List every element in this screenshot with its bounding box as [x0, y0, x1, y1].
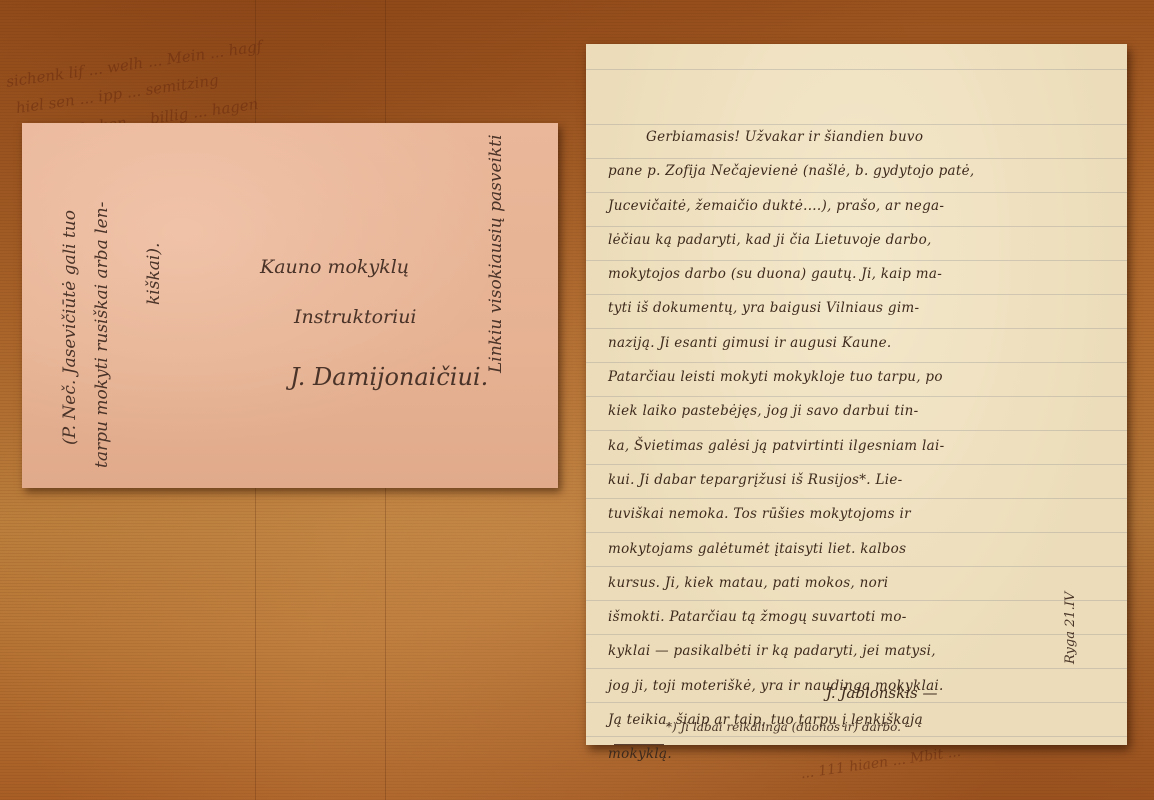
letter-line: tuviškai nemoka. Tos rūšies mokytojoms i…	[608, 497, 1028, 531]
letter: Gerbiamasis! Užvakar ir šiandien buvo pa…	[586, 44, 1127, 745]
envelope-recipient-name: J. Damijonaičiui.	[290, 363, 488, 391]
letter-footnote: *) Ji labai reikalinga (duonos ir) darbo…	[666, 720, 901, 734]
envelope-address-line2: Instruktoriui	[294, 306, 417, 328]
letter-line: kursus. Ji, kiek matau, pati mokos, nori	[608, 566, 1028, 600]
letter-line: lėčiau ką padaryti, kad ji čia Lietuvoje…	[608, 223, 1028, 257]
envelope-side-note-line1: (P. Neč. Jasevičiūtė gali tuo	[60, 210, 80, 445]
letter-signature: J. Jablonskis —	[826, 684, 937, 702]
envelope-right-note: Linkiu visokiausių pasveikti	[486, 134, 506, 373]
envelope-address-line1: Kauno mokyklų	[260, 256, 409, 278]
letter-line: Jucevičaitė, žemaičio duktė....), prašo,…	[608, 189, 1028, 223]
letter-line: mokytojams galėtumėt įtaisyti liet. kalb…	[608, 532, 1028, 566]
letter-line: ka, Švietimas galėsi ją patvirtinti ilge…	[608, 429, 1028, 463]
letter-line: Gerbiamasis! Užvakar ir šiandien buvo	[608, 120, 1028, 154]
envelope-side-note-line2: tarpu mokyti rusiškai arba len-	[92, 202, 112, 468]
letter-line: kui. Ji dabar tepargrįžusi iš Rusijos*. …	[608, 463, 1028, 497]
letter-line: kyklai — pasikalbėti ir ką padaryti, jei…	[608, 634, 1028, 668]
letter-line: pane p. Zofija Nečajevienė (našlė, b. gy…	[608, 154, 1028, 188]
letter-line: mokytojos darbo (su duona) gautų. Ji, ka…	[608, 257, 1028, 291]
letter-line: tyti iš dokumentų, yra baigusi Vilniaus …	[608, 291, 1028, 325]
envelope-side-note-line3: kiškai).	[144, 243, 164, 305]
letter-place-date: Ryga 21.IV	[1063, 592, 1078, 664]
letter-line: išmokti. Patarčiau tą žmogų suvartoti mo…	[608, 600, 1028, 634]
letter-body: Gerbiamasis! Užvakar ir šiandien buvo pa…	[608, 120, 1028, 772]
letter-line: kiek laiko pastebėjęs, jog ji savo darbu…	[608, 394, 1028, 428]
underline-mark	[614, 744, 664, 745]
letter-line: naziją. Ji esanti gimusi ir augusi Kaune…	[608, 326, 1028, 360]
letter-line: Patarčiau leisti mokyti mokykloje tuo ta…	[608, 360, 1028, 394]
letter-line: mokyklą.	[608, 737, 1028, 771]
envelope: (P. Neč. Jasevičiūtė gali tuo tarpu moky…	[22, 123, 558, 488]
letter-line: jog ji, toji moteriškė, yra ir naudinga …	[608, 669, 1028, 703]
